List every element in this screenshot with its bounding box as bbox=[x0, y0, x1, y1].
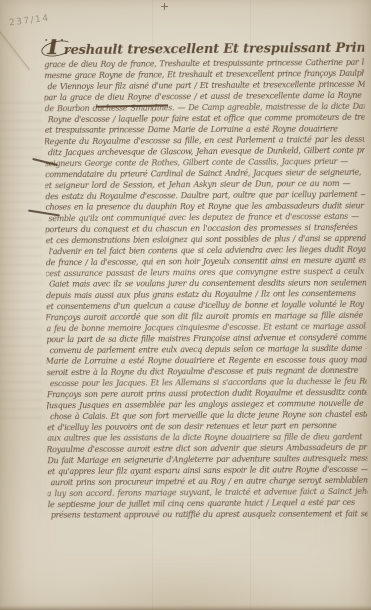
manuscript-scan: 237/14 + Treshault tresexcellent Et tres… bbox=[0, 0, 371, 610]
manuscript-line: présens testament approuvé ou ratiffié d… bbox=[51, 508, 368, 520]
manuscript-body: grace de dieu Roy de france, Treshaulte … bbox=[44, 57, 368, 521]
ink-cross-mark: + bbox=[160, 0, 169, 13]
manuscript-page: 237/14 + Treshault tresexcellent Et tres… bbox=[0, 0, 371, 610]
page-bottom-edge bbox=[0, 605, 371, 610]
ink-showthrough bbox=[0, 95, 42, 425]
manuscript-heading: Treshault tresexcellent Et trespuissant … bbox=[44, 37, 364, 60]
pencil-annotation: 237/14 bbox=[9, 14, 51, 29]
manuscript-text-block: Treshault tresexcellent Et trespuissant … bbox=[44, 37, 368, 521]
